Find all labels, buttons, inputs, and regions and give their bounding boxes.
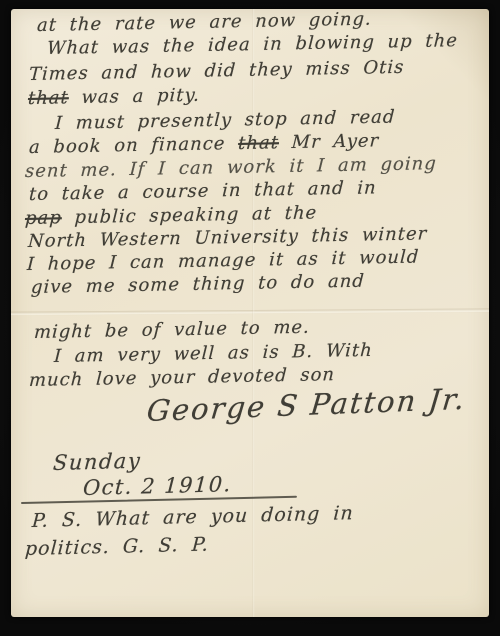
letter-paper: at the rate we are now going. What was t… <box>11 9 489 617</box>
date-day: Sunday <box>52 449 142 475</box>
letter-line: to take a course in that and in <box>28 177 377 205</box>
letter-line: I must presently stop and read <box>54 106 395 134</box>
line-text: Mr Ayer <box>278 130 379 153</box>
corner-shading <box>369 9 489 99</box>
horizontal-fold-crease <box>11 308 489 315</box>
struck-word: that <box>238 132 280 154</box>
struck-word: that <box>27 87 69 109</box>
letter-line: might be of value to me. <box>33 317 310 343</box>
line-text: was a pity. <box>68 85 200 109</box>
postscript-line: politics. G. S. P. <box>24 533 209 560</box>
struck-word: pap <box>24 207 62 229</box>
letter-line: much love your devoted son <box>28 364 335 391</box>
line-text: much love your devoted son <box>28 364 335 391</box>
line-text: Times and how did they miss Otis <box>28 57 404 85</box>
letter-line: pap public speaking at the <box>24 202 317 229</box>
line-text: I must presently stop and read <box>54 106 395 134</box>
line-text: give me some thing to do and <box>30 271 365 298</box>
signature: George S Patton Jr. <box>145 382 468 428</box>
line-text: a book on finance <box>28 133 238 158</box>
line-text: public speaking at the <box>61 202 318 228</box>
letter-line: a book on finance that Mr Ayer <box>28 130 379 158</box>
letter-line: that was a pity. <box>27 85 200 109</box>
scan-background: at the rate we are now going. What was t… <box>0 0 500 636</box>
letter-line: I am very well as is B. With <box>53 340 373 367</box>
date-full: Oct. 2 1910. <box>82 472 232 500</box>
letter-line: Times and how did they miss Otis <box>28 57 404 85</box>
line-text: might be of value to me. <box>33 317 310 343</box>
line-text: I am very well as is B. With <box>53 340 373 367</box>
line-text: to take a course in that and in <box>28 177 377 205</box>
letter-line: give me some thing to do and <box>30 271 365 298</box>
postscript-line: P. S. What are you doing in <box>31 502 354 532</box>
